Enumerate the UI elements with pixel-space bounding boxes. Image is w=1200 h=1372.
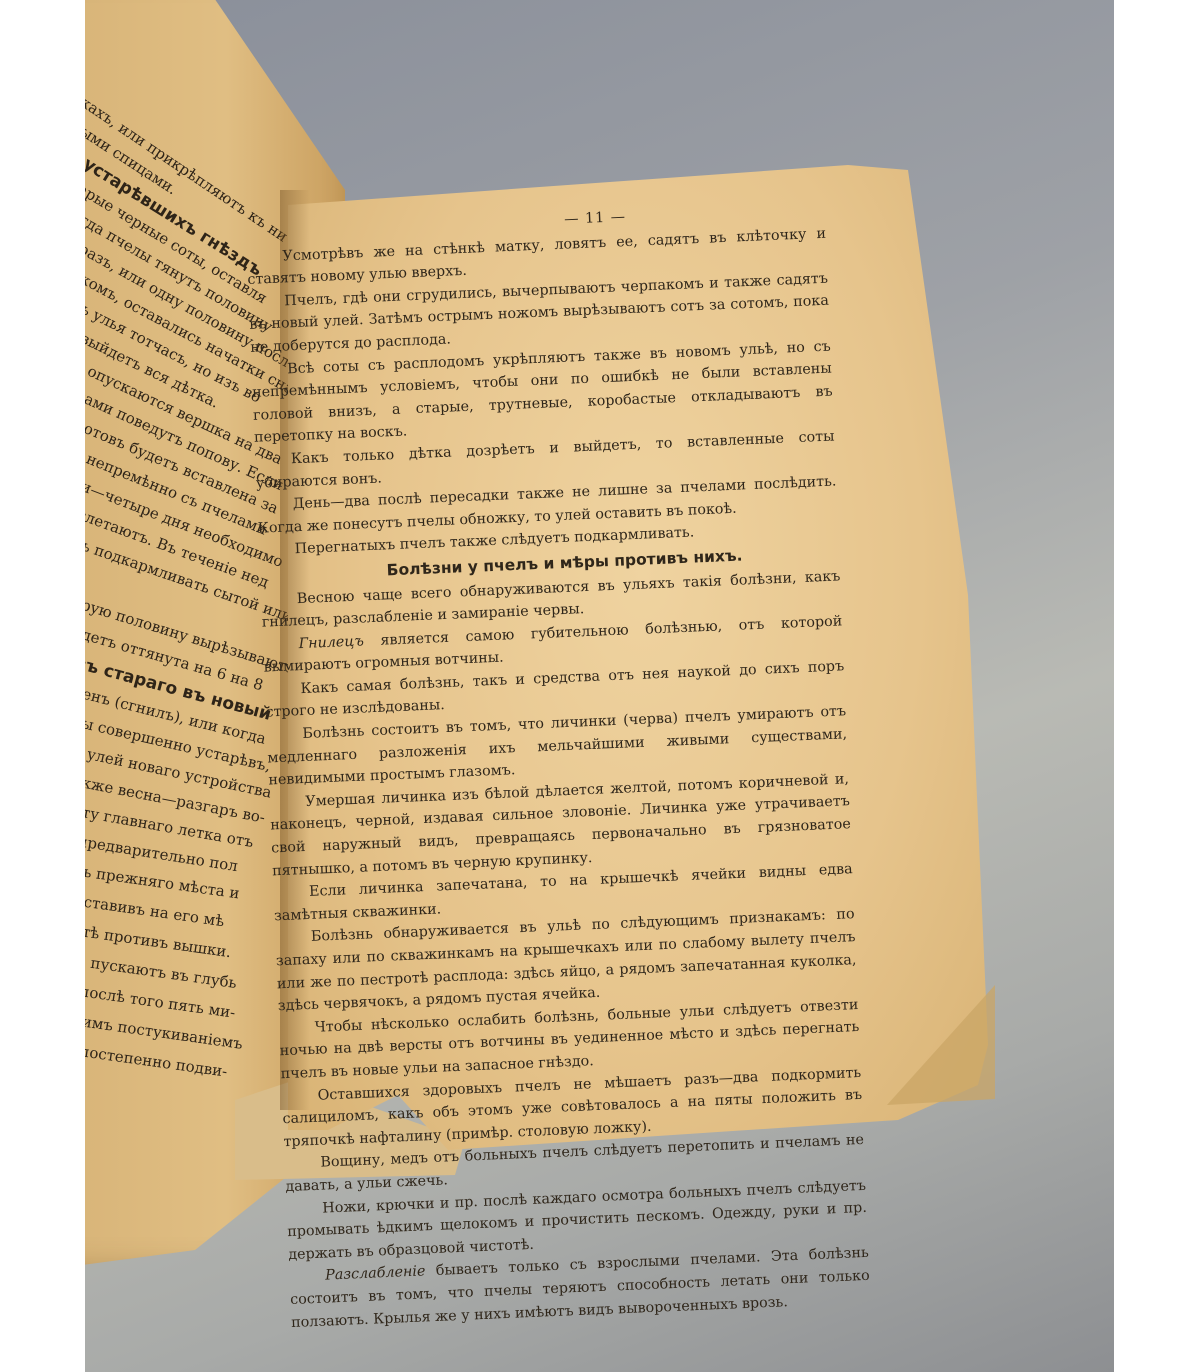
italic-term: Гнилецъ (298, 633, 364, 652)
right-page-body: Усмотрѣвъ же на стѣнкѣ матку, ловятъ ее,… (246, 222, 871, 1334)
right-page-text: — 11 — Усмотрѣвъ же на стѣнкѣ матку, лов… (245, 198, 871, 1334)
italic-term: Разслабленіе (325, 1264, 426, 1284)
left-page-line: ся. (85, 560, 89, 584)
